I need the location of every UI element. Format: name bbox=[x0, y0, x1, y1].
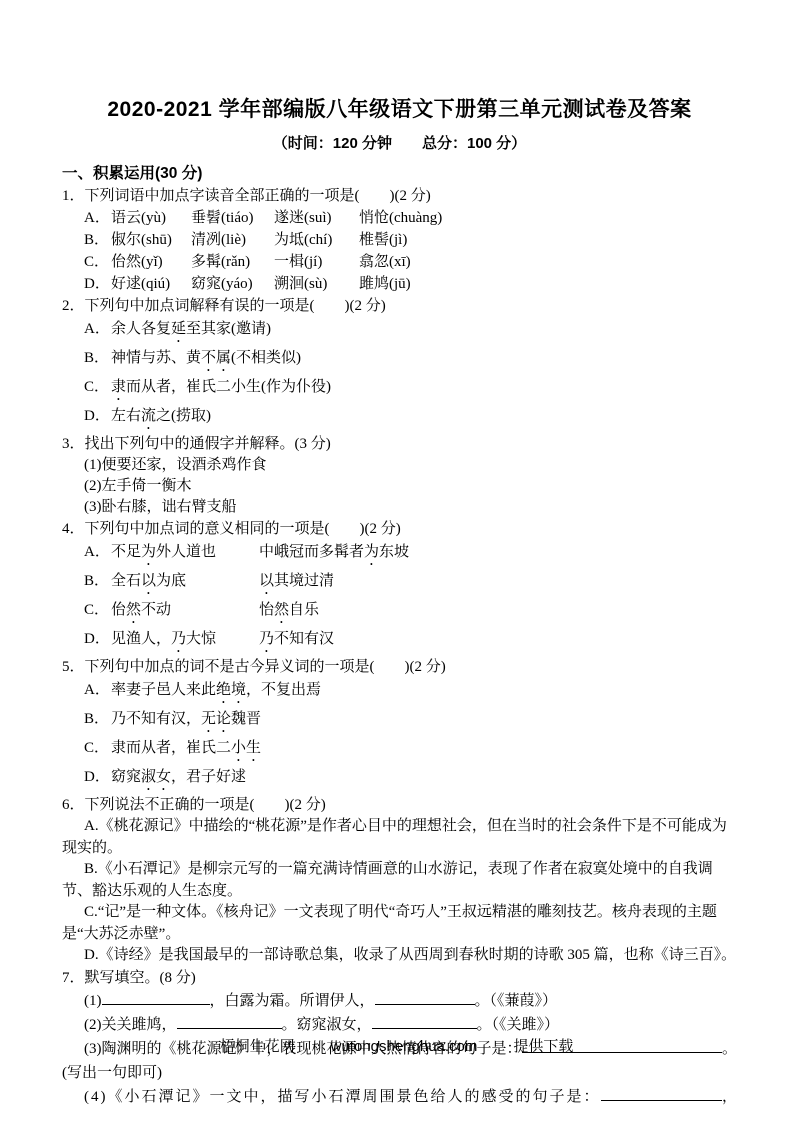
phrase-left: 见渔人，乃大惊 bbox=[111, 627, 259, 656]
fill-in-text: (2)关关雎鸠， bbox=[84, 1017, 177, 1033]
option-label: B． bbox=[84, 346, 111, 371]
option-text: (不相类似) bbox=[231, 350, 301, 366]
pinyin-item: 雎鸠(jū) bbox=[359, 273, 411, 295]
question-2-option-c: C．隶而从者，崔氏二小生(作为仆役) bbox=[62, 375, 737, 404]
footer-download-text: 提供下载 bbox=[513, 1036, 573, 1058]
question-1-option-c: C．佁然(yǐ)多髯(rǎn)一楫(jí)翕忽(xī) bbox=[62, 251, 737, 273]
emphasized-text: 然 bbox=[126, 602, 141, 618]
question-6-option-c: C.“记”是一种文体。《核舟记》一文表现了明代“奇巧人”王叔远精湛的雕刻技艺。核… bbox=[62, 902, 737, 945]
answer-blank bbox=[102, 990, 210, 1005]
emphasized-text: 延 bbox=[171, 321, 186, 337]
pinyin-item: 悄怆(chuàng) bbox=[359, 207, 442, 229]
emphasized-text: 无论 bbox=[201, 711, 231, 727]
emphasized-text: 淑女 bbox=[141, 769, 171, 785]
option-text: 佁 bbox=[111, 602, 126, 618]
question-7-line-4: (4)《小石潭记》一文中，描写小石潭周围景色给人的感受的句子是：， bbox=[62, 1085, 737, 1109]
option-label: A． bbox=[84, 678, 111, 703]
section-heading-accumulation: 一、积累运用(30 分) bbox=[62, 163, 737, 185]
phrase-left: 佁然不动 bbox=[111, 598, 259, 627]
option-label: C． bbox=[84, 251, 111, 273]
phrase-left: 全石以为底 bbox=[111, 569, 259, 598]
option-text: 大惊 bbox=[186, 631, 216, 647]
page-footer: 梧桐生花网 wutongshenghua.com 提供下载 bbox=[0, 1036, 793, 1058]
option-label: A． bbox=[84, 207, 111, 229]
fill-in-text: 。窈窕淑女， bbox=[282, 1017, 372, 1033]
exam-time-score-subtitle: （时间：120 分钟 总分：100 分） bbox=[62, 133, 737, 155]
pinyin-item: 多髯(rǎn) bbox=[191, 251, 274, 273]
option-text: 中峨冠而多髯者 bbox=[259, 544, 364, 560]
option-text: 外人道也 bbox=[156, 544, 216, 560]
phrase-right: 以其境过清 bbox=[259, 573, 334, 589]
answer-blank bbox=[372, 1014, 477, 1029]
pinyin-item: 遂迷(suì) bbox=[274, 207, 359, 229]
emphasized-text: 流 bbox=[141, 408, 156, 424]
answer-blank bbox=[375, 990, 475, 1005]
question-3-item-2: (2)左手倚一衡木 bbox=[62, 476, 737, 497]
page-title: 2020-2021 学年部编版八年级语文下册第三单元测试卷及答案 bbox=[62, 95, 737, 125]
option-text: 乃不知有汉， bbox=[111, 711, 201, 727]
option-text: 神情与苏、黄 bbox=[111, 350, 201, 366]
option-label: C． bbox=[84, 375, 111, 400]
emphasized-text: 不属 bbox=[201, 350, 231, 366]
emphasized-text: 小生 bbox=[231, 740, 261, 756]
fill-in-text: ， bbox=[722, 1085, 737, 1109]
pinyin-item: 为坻(chí) bbox=[274, 229, 359, 251]
option-text: ，君子好逑 bbox=[171, 769, 246, 785]
pinyin-item: 溯洄(sù) bbox=[274, 273, 359, 295]
pinyin-item: 佁然(yǐ) bbox=[111, 251, 191, 273]
question-5-option-d: D．窈窕淑女，君子好逑 bbox=[62, 765, 737, 794]
pinyin-item: 好逑(qiú) bbox=[111, 273, 191, 295]
emphasized-text: 乃 bbox=[259, 631, 274, 647]
emphasized-text: 绝境 bbox=[216, 682, 246, 698]
question-5-option-c: C．隶而从者，崔氏二小生 bbox=[62, 736, 737, 765]
pinyin-item: 清冽(liè) bbox=[191, 229, 274, 251]
option-text: 全石 bbox=[111, 573, 141, 589]
pinyin-item: 一楫(jí) bbox=[274, 251, 359, 273]
question-4-stem: 4．下列句中加点词的意义相同的一项是( )(2 分) bbox=[62, 518, 737, 540]
option-text: 为底 bbox=[156, 573, 186, 589]
emphasized-text: 以 bbox=[259, 573, 274, 589]
emphasized-text: 以 bbox=[141, 573, 156, 589]
answer-blank bbox=[601, 1088, 722, 1101]
question-2-option-a: A．余人各复延至其家(邀请) bbox=[62, 317, 737, 346]
option-label: D． bbox=[84, 273, 111, 295]
question-5-option-a: A．率妻子邑人来此绝境，不复出焉 bbox=[62, 678, 737, 707]
question-7-line-2: (2)关关雎鸠，。窈窕淑女，。（《关雎》） bbox=[62, 1013, 737, 1037]
question-1-option-b: B．俶尔(shū)清冽(liè)为坻(chí)椎髻(jì) bbox=[62, 229, 737, 251]
question-7-line-3-note: (写出一句即可) bbox=[62, 1061, 737, 1085]
pinyin-item: 垂髫(tiáo) bbox=[191, 207, 274, 229]
emphasized-text: 隶 bbox=[111, 379, 126, 395]
question-3-item-3: (3)卧右膝，诎右臂支船 bbox=[62, 497, 737, 518]
question-2-option-b: B．神情与苏、黄不属(不相类似) bbox=[62, 346, 737, 375]
fill-in-text: ，白露为霜。所谓伊人， bbox=[210, 993, 375, 1009]
pinyin-item: 俶尔(shū) bbox=[111, 229, 191, 251]
option-text: 率妻子邑人来此 bbox=[111, 682, 216, 698]
phrase-left: 不足为外人道也 bbox=[111, 540, 259, 569]
question-5-option-b: B．乃不知有汉，无论魏晋 bbox=[62, 707, 737, 736]
pinyin-item: 窈窕(yáo) bbox=[191, 273, 274, 295]
pinyin-item: 椎髻(jì) bbox=[359, 229, 407, 251]
option-label: B． bbox=[84, 569, 111, 594]
option-text: 不知有汉 bbox=[274, 631, 334, 647]
footer-site-url: wutongshenghua.com bbox=[331, 1036, 478, 1058]
option-text: 余人各复 bbox=[111, 321, 171, 337]
option-text: 见渔人， bbox=[111, 631, 171, 647]
question-1-stem: 1．下列词语中加点字读音全部正确的一项是( )(2 分) bbox=[62, 185, 737, 207]
phrase-right: 乃不知有汉 bbox=[259, 631, 334, 647]
option-label: A． bbox=[84, 540, 111, 565]
question-3-item-1: (1)便要还家，设酒杀鸡作食 bbox=[62, 455, 737, 476]
pinyin-item: 语云(yù) bbox=[111, 207, 191, 229]
fill-in-text: (4)《小石潭记》一文中，描写小石潭周围景色给人的感受的句子是： bbox=[84, 1085, 601, 1109]
option-label: D． bbox=[84, 627, 111, 652]
option-text: 不足 bbox=[111, 544, 141, 560]
footer-site-name: 梧桐生花网 bbox=[220, 1036, 295, 1058]
question-6-option-b: B.《小石潭记》是柳宗元写的一篇充满诗情画意的山水游记，表现了作者在寂寞处境中的… bbox=[62, 859, 737, 902]
option-text: 魏晋 bbox=[231, 711, 261, 727]
phrase-right: 中峨冠而多髯者为东坡 bbox=[259, 544, 409, 560]
question-2-stem: 2．下列句中加点词解释有误的一项是( )(2 分) bbox=[62, 295, 737, 317]
emphasized-text: 然 bbox=[274, 602, 289, 618]
option-label: A． bbox=[84, 317, 111, 342]
fill-in-text: 。（《关雎》） bbox=[477, 1017, 560, 1033]
question-4-option-d: D．见渔人，乃大惊乃不知有汉 bbox=[62, 627, 737, 656]
option-text: 左右 bbox=[111, 408, 141, 424]
option-text: 隶而从者，崔氏二 bbox=[111, 740, 231, 756]
option-label: B． bbox=[84, 707, 111, 732]
option-text: ，不复出焉 bbox=[246, 682, 321, 698]
answer-blank bbox=[177, 1014, 282, 1029]
question-2-option-d: D．左右流之(捞取) bbox=[62, 404, 737, 433]
fill-in-text: (1) bbox=[84, 993, 102, 1009]
option-text: 东坡 bbox=[379, 544, 409, 560]
option-text: 之(捞取) bbox=[156, 408, 211, 424]
question-5-stem: 5．下列句中加点的词不是古今异义词的一项是( )(2 分) bbox=[62, 656, 737, 678]
question-4-option-b: B．全石以为底以其境过清 bbox=[62, 569, 737, 598]
option-label: D． bbox=[84, 765, 111, 790]
question-1-option-d: D．好逑(qiú)窈窕(yáo)溯洄(sù)雎鸠(jū) bbox=[62, 273, 737, 295]
phrase-right: 怡然自乐 bbox=[259, 602, 319, 618]
option-text: 不动 bbox=[141, 602, 171, 618]
option-label: C． bbox=[84, 736, 111, 761]
question-6-option-d: D.《诗经》是我国最早的一部诗歌总集，收录了从西周到春秋时期的诗歌 305 篇，… bbox=[62, 945, 737, 967]
question-4-option-a: A．不足为外人道也中峨冠而多髯者为东坡 bbox=[62, 540, 737, 569]
fill-in-text: 。（《蒹葭》） bbox=[475, 993, 558, 1009]
question-6-stem: 6．下列说法不正确的一项是( )(2 分) bbox=[62, 794, 737, 816]
question-7-stem: 7．默写填空。(8 分) bbox=[62, 967, 737, 989]
option-text: 自乐 bbox=[289, 602, 319, 618]
emphasized-text: 为 bbox=[364, 544, 379, 560]
option-text: 怡 bbox=[259, 602, 274, 618]
question-3-stem: 3．找出下列句中的通假字并解释。(3 分) bbox=[62, 433, 737, 455]
emphasized-text: 为 bbox=[141, 544, 156, 560]
pinyin-item: 翕忽(xī) bbox=[359, 251, 411, 273]
question-7-line-1: (1)，白露为霜。所谓伊人，。（《蒹葭》） bbox=[62, 989, 737, 1013]
option-label: B． bbox=[84, 229, 111, 251]
question-1-option-a: A．语云(yù)垂髫(tiáo)遂迷(suì)悄怆(chuàng) bbox=[62, 207, 737, 229]
option-text: 其境过清 bbox=[274, 573, 334, 589]
option-label: C． bbox=[84, 598, 111, 623]
question-6-option-a: A.《桃花源记》中描绘的“桃花源”是作者心目中的理想社会，但在当时的社会条件下是… bbox=[62, 816, 737, 859]
exam-paper-page: 2020-2021 学年部编版八年级语文下册第三单元测试卷及答案 （时间：120… bbox=[0, 0, 793, 1122]
question-4-option-c: C．佁然不动怡然自乐 bbox=[62, 598, 737, 627]
emphasized-text: 乃 bbox=[171, 631, 186, 647]
option-text: 而从者，崔氏二小生(作为仆役) bbox=[126, 379, 331, 395]
option-label: D． bbox=[84, 404, 111, 429]
option-text: 窈窕 bbox=[111, 769, 141, 785]
option-text: 至其家(邀请) bbox=[186, 321, 271, 337]
